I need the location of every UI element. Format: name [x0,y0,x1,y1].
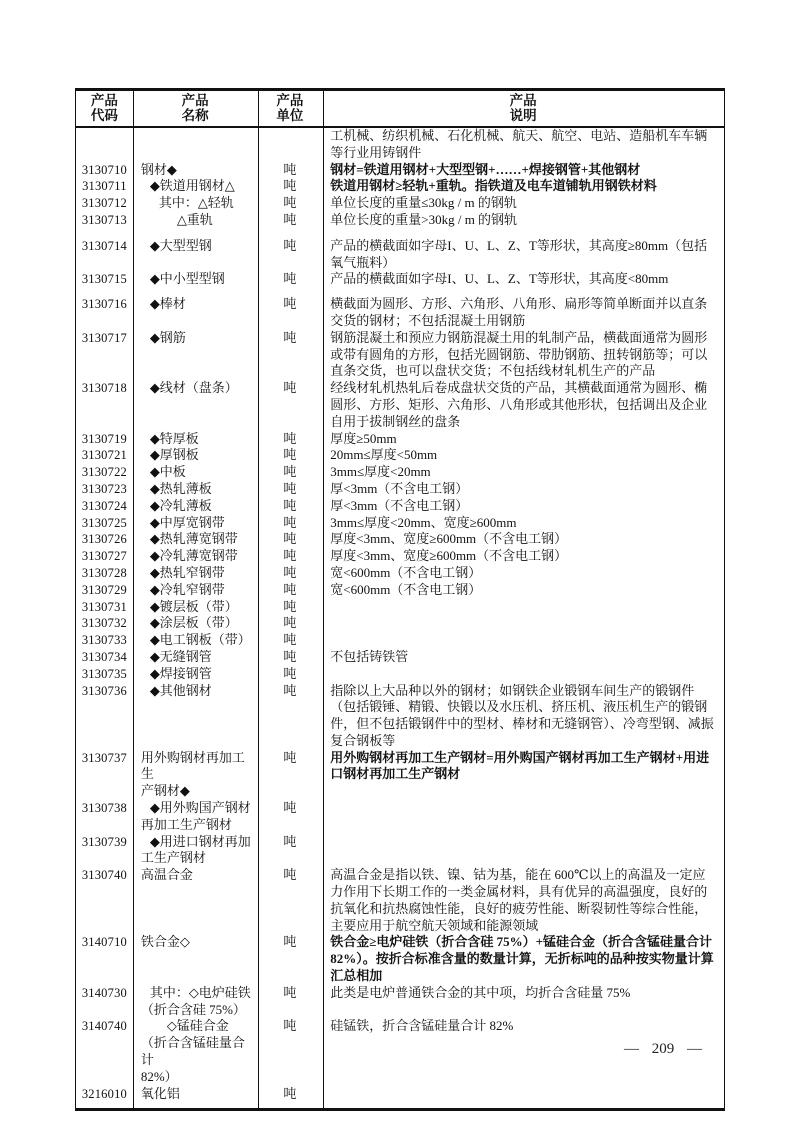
product-name-cell: ◆用进口钢材再加 工生产钢材 [133,834,258,868]
product-code-cell: 3130722 [76,464,133,481]
product-name-cell: ◆用外购国产钢材 再加工生产钢材 [133,800,258,834]
table-row: 3130712其中：△轻轨吨单位长度的重量≤30kg / m 的钢轨 [76,195,724,212]
header-product-code: 产品代码 [76,93,133,123]
product-desc-cell: 产品的横截面如字母I、U、L、Z、T等形状，其高度<80mm [322,271,724,288]
table-row: 3130710钢材◆吨钢材=铁道用钢材+大型型钢+……+焊接钢管+其他钢材 [76,162,724,179]
product-unit-cell: 吨 [257,565,322,582]
product-code-cell: 3130736 [76,683,133,750]
column-divider-name-unit [258,91,259,1108]
table-row: 3130717◆钢筋吨钢筋混凝土和预应力钢筋混凝土用的轧制产品，横截面通常为圆形… [76,330,724,380]
product-code-cell: 3130725 [76,515,133,532]
product-desc-cell: 单位长度的重量≤30kg / m 的钢轨 [322,195,724,212]
product-unit-cell: 吨 [257,750,322,800]
table-row: 3130731◆镀层板（带）吨 [76,599,724,616]
product-unit-cell: 吨 [257,296,322,330]
product-unit-cell: 吨 [257,800,322,834]
table-row: 3130723◆热轧薄板吨厚<3mm（不含电工钢） [76,481,724,498]
product-unit-cell: 吨 [257,498,322,515]
product-code-cell: 3130718 [76,380,133,430]
product-code-cell: 3140730 [76,985,133,1019]
product-desc-cell [322,1086,724,1103]
product-unit-cell: 吨 [257,683,322,750]
product-name-cell: ◆中小型型钢 [133,271,258,288]
product-unit-cell: 吨 [257,666,322,683]
table-row: 3130721◆厚钢板吨20mm≤厚度<50mm [76,447,724,464]
product-unit-cell: 吨 [257,447,322,464]
product-name-cell: ◆冷轧窄钢带 [133,582,258,599]
product-unit-cell: 吨 [257,195,322,212]
product-desc-cell: 横截面为圆形、方形、六角形、八角形、扁形等简单断面并以直条交货的钢材；不包括混凝… [322,296,724,330]
table-row: 3130724◆冷轧薄板吨厚<3mm（不含电工钢） [76,498,724,515]
product-desc-cell: 单位长度的重量>30kg / m 的钢轨 [322,212,724,229]
product-code-cell: 3130738 [76,800,133,834]
product-unit-cell: 吨 [257,649,322,666]
product-name-cell: ◆中板 [133,464,258,481]
table-row: 3130739◆用进口钢材再加 工生产钢材吨 [76,834,724,868]
product-desc-cell: 厚<3mm（不含电工钢） [322,481,724,498]
product-name-cell: ◆特厚板 [133,431,258,448]
table-row: 3130736◆其他钢材吨指除以上大品种以外的钢材；如钢铁企业锻钢车间生产的锻钢… [76,683,724,750]
product-code-cell: 3130727 [76,548,133,565]
product-code-cell: 3130721 [76,447,133,464]
product-code-cell: 3130715 [76,271,133,288]
table-row: 3130727◆冷轧薄宽钢带吨厚度<3mm、宽度≥600mm（不含电工钢） [76,548,724,565]
product-unit-cell: 吨 [257,615,322,632]
product-name-cell: 其中：△轻轨 [133,195,258,212]
product-code-cell: 3130739 [76,834,133,868]
product-unit-cell: 吨 [257,330,322,380]
product-desc-cell: 厚度≥50mm [322,431,724,448]
header-line2: 代码 [76,108,133,123]
product-unit-cell: 吨 [257,834,322,868]
product-code-cell: 3130734 [76,649,133,666]
table-row: 3130714◆大型型钢吨产品的横截面如字母I、U、L、Z、T等形状，其高度≥8… [76,229,724,272]
product-desc-cell: 指除以上大品种以外的钢材；如钢铁企业锻钢车间生产的锻钢件（包括锻锤、精锻、快锻以… [322,683,724,750]
product-code-cell: 3130724 [76,498,133,515]
product-unit-cell: 吨 [257,1086,322,1103]
product-unit-cell: 吨 [257,582,322,599]
product-code-cell [76,128,133,162]
product-unit-cell: 吨 [257,238,322,272]
product-desc-cell [322,666,724,683]
product-code-cell: 3130731 [76,599,133,616]
product-unit-cell: 吨 [257,867,322,934]
product-name-cell: ◆厚钢板 [133,447,258,464]
product-unit-cell: 吨 [257,515,322,532]
header-product-desc: 产品说明 [322,93,724,123]
product-name-cell: ◆涂层板（带） [133,615,258,632]
product-name-cell: ◆热轧窄钢带 [133,565,258,582]
table-row: 3130734◆无缝钢管吨不包括铸铁管 [76,649,724,666]
product-desc-cell: 经线材轧机热轧后卷成盘状交货的产品，其横截面通常为圆形、椭圆形、方形、矩形、六角… [322,380,724,430]
table-row: 工机械、纺织机械、石化机械、航天、航空、电站、造船机车车辆等行业用铸钢件 [76,128,724,162]
header-product-name: 产品名称 [133,93,258,123]
table-row: 3130729◆冷轧窄钢带吨宽<600mm（不含电工钢） [76,582,724,599]
product-unit-cell: 吨 [257,1018,322,1085]
product-unit-cell: 吨 [257,548,322,565]
product-unit-cell: 吨 [257,985,322,1019]
product-name-cell: ◆钢筋 [133,330,258,380]
product-code-cell: 3130719 [76,431,133,448]
product-unit-cell: 吨 [257,464,322,481]
product-name-cell: ◆无缝钢管 [133,649,258,666]
header-line2: 说明 [322,108,724,123]
product-name-cell: ◆中厚宽钢带 [133,515,258,532]
header-line1: 产品 [322,93,724,108]
header-line1: 产品 [133,93,258,108]
product-unit-cell: 吨 [257,380,322,430]
table-row: 3130713△重轨吨单位长度的重量>30kg / m 的钢轨 [76,212,724,229]
product-desc-cell: 钢材=铁道用钢材+大型型钢+……+焊接钢管+其他钢材 [322,162,724,179]
product-desc-cell: 钢筋混凝土和预应力钢筋混凝土用的轧制产品，横截面通常为圆形或带有圆角的方形，包括… [322,330,724,380]
product-name-cell: ◆焊接钢管 [133,666,258,683]
product-desc-cell: 厚<3mm（不含电工钢） [322,498,724,515]
product-desc-cell [322,834,724,868]
header-line2: 单位 [257,108,322,123]
table-row: 3130715◆中小型型钢吨产品的横截面如字母I、U、L、Z、T等形状，其高度<… [76,271,724,288]
product-name-cell: ◇锰硅合金 （折合含锰硅量合计 82%） [133,1018,258,1085]
table-body: 工机械、纺织机械、石化机械、航天、航空、电站、造船机车车辆等行业用铸钢件3130… [76,128,724,1108]
product-code-cell: 3130726 [76,531,133,548]
table-row: 3130722◆中板吨3mm≤厚度<20mm [76,464,724,481]
product-code-cell: 3130713 [76,212,133,229]
header-line2: 名称 [133,108,258,123]
product-code-cell: 3130714 [76,238,133,272]
product-table: 产品代码产品名称产品单位产品说明 工机械、纺织机械、石化机械、航天、航空、电站、… [75,88,725,1111]
product-code-cell: 3130710 [76,162,133,179]
table-row: 3130737用外购钢材再加工生 产钢材◆吨用外购钢材再加工生产钢材=用外购国产… [76,750,724,800]
product-desc-cell: 工机械、纺织机械、石化机械、航天、航空、电站、造船机车车辆等行业用铸钢件 [322,128,724,162]
table-row: 3130719◆特厚板吨厚度≥50mm [76,431,724,448]
product-desc-cell: 高温合金是指以铁、镍、钴为基，能在 600℃以上的高温及一定应力作用下长期工作的… [322,867,724,934]
product-name-cell: ◆大型型钢 [133,238,258,272]
product-desc-cell [322,632,724,649]
product-code-cell: 3130729 [76,582,133,599]
header-product-unit: 产品单位 [257,93,322,123]
header-line1: 产品 [76,93,133,108]
product-code-cell: 3130716 [76,296,133,330]
product-unit-cell: 吨 [257,531,322,548]
column-divider-code-name [133,91,134,1108]
product-unit-cell: 吨 [257,178,322,195]
product-desc-cell: 宽<600mm（不含电工钢） [322,582,724,599]
product-name-cell: 高温合金 [133,867,258,934]
product-name-cell: ◆热轧薄宽钢带 [133,531,258,548]
product-name-cell: 氧化铝 [133,1086,258,1103]
catalog-page: 产品代码产品名称产品单位产品说明 工机械、纺织机械、石化机械、航天、航空、电站、… [0,0,793,1122]
product-unit-cell: 吨 [257,162,322,179]
product-unit-cell: 吨 [257,271,322,288]
table-row: 3130732◆涂层板（带）吨 [76,615,724,632]
table-row: 3130733◆电工钢板（带）吨 [76,632,724,649]
product-unit-cell: 吨 [257,934,322,984]
product-name-cell: ◆铁道用钢材△ [133,178,258,195]
page-number: — 209 — [624,1041,702,1058]
table-row: 3140730其中：◇电炉硅铁 （折合含硅 75%）吨此类是电炉普通铁合金的其中… [76,985,724,1019]
product-desc-cell: 铁道用钢材≥轻轨+重轨。指铁道及电车道铺轨用钢铁材料 [322,178,724,195]
product-code-cell: 3130717 [76,330,133,380]
product-unit-cell: 吨 [257,632,322,649]
product-desc-cell: 铁合金≥电炉硅铁（折合含硅 75%）+锰硅合金（折合含锰硅量合计 82%）。按折… [322,934,724,984]
product-desc-cell: 不包括铸铁管 [322,649,724,666]
product-name-cell: △重轨 [133,212,258,229]
product-code-cell: 3130711 [76,178,133,195]
product-name-cell: ◆线材（盘条） [133,380,258,430]
product-name-cell: ◆热轧薄板 [133,481,258,498]
product-code-cell: 3130723 [76,481,133,498]
product-code-cell: 3130735 [76,666,133,683]
product-name-cell: ◆冷轧薄板 [133,498,258,515]
table-row: 3130726◆热轧薄宽钢带吨厚度<3mm、宽度≥600mm（不含电工钢） [76,531,724,548]
product-code-cell: 3140740 [76,1018,133,1085]
product-desc-cell [322,615,724,632]
product-code-cell: 3130728 [76,565,133,582]
product-name-cell: ◆冷轧薄宽钢带 [133,548,258,565]
product-code-cell: 3216010 [76,1086,133,1103]
product-code-cell: 3130737 [76,750,133,800]
table-row: 3130711◆铁道用钢材△吨铁道用钢材≥轻轨+重轨。指铁道及电车道铺轨用钢铁材… [76,178,724,195]
product-code-cell: 3130732 [76,615,133,632]
product-name-cell: 铁合金◇ [133,934,258,984]
product-name-cell: ◆其他钢材 [133,683,258,750]
table-row: 3130740高温合金吨高温合金是指以铁、镍、钴为基，能在 600℃以上的高温及… [76,867,724,934]
product-unit-cell: 吨 [257,212,322,229]
product-name-cell: ◆棒材 [133,296,258,330]
product-unit-cell [257,128,322,162]
product-name-cell: 钢材◆ [133,162,258,179]
header-line1: 产品 [257,93,322,108]
table-row: 3130735◆焊接钢管吨 [76,666,724,683]
table-row: 3130738◆用外购国产钢材 再加工生产钢材吨 [76,800,724,834]
product-unit-cell: 吨 [257,431,322,448]
product-desc-cell [322,800,724,834]
product-code-cell: 3130712 [76,195,133,212]
product-name-cell: 其中：◇电炉硅铁 （折合含硅 75%） [133,985,258,1019]
product-code-cell: 3130733 [76,632,133,649]
product-desc-cell: 厚度<3mm、宽度≥600mm（不含电工钢） [322,531,724,548]
product-desc-cell [322,599,724,616]
product-code-cell: 3130740 [76,867,133,934]
table-row: 3216010氧化铝吨 [76,1086,724,1103]
table-row: 3130718◆线材（盘条）吨经线材轧机热轧后卷成盘状交货的产品，其横截面通常为… [76,380,724,430]
product-desc-cell: 用外购钢材再加工生产钢材=用外购国产钢材再加工生产钢材+用进口钢材再加工生产钢材 [322,750,724,800]
table-header-row: 产品代码产品名称产品单位产品说明 [76,91,724,128]
product-desc-cell: 宽<600mm（不含电工钢） [322,565,724,582]
product-name-cell: ◆电工钢板（带） [133,632,258,649]
table-row: 3130728◆热轧窄钢带吨宽<600mm（不含电工钢） [76,565,724,582]
column-divider-unit-desc [323,91,324,1108]
product-name-cell: 用外购钢材再加工生 产钢材◆ [133,750,258,800]
product-desc-cell: 厚度<3mm、宽度≥600mm（不含电工钢） [322,548,724,565]
table-row: 3140710铁合金◇吨铁合金≥电炉硅铁（折合含硅 75%）+锰硅合金（折合含锰… [76,934,724,984]
table-row: 3130725◆中厚宽钢带吨3mm≤厚度<20mm、宽度≥600mm [76,515,724,532]
product-desc-cell: 此类是电炉普通铁合金的其中项，均折合含硅量 75% [322,985,724,1019]
product-desc-cell: 3mm≤厚度<20mm、宽度≥600mm [322,515,724,532]
product-unit-cell: 吨 [257,599,322,616]
product-desc-cell: 产品的横截面如字母I、U、L、Z、T等形状，其高度≥80mm（包括氧气瓶料） [322,238,724,272]
table-row: 3130716◆棒材吨横截面为圆形、方形、六角形、八角形、扁形等简单断面并以直条… [76,288,724,330]
product-desc-cell: 20mm≤厚度<50mm [322,447,724,464]
product-name-cell: ◆镀层板（带） [133,599,258,616]
product-name-cell [133,128,258,162]
product-desc-cell: 3mm≤厚度<20mm [322,464,724,481]
product-code-cell: 3140710 [76,934,133,984]
product-unit-cell: 吨 [257,481,322,498]
